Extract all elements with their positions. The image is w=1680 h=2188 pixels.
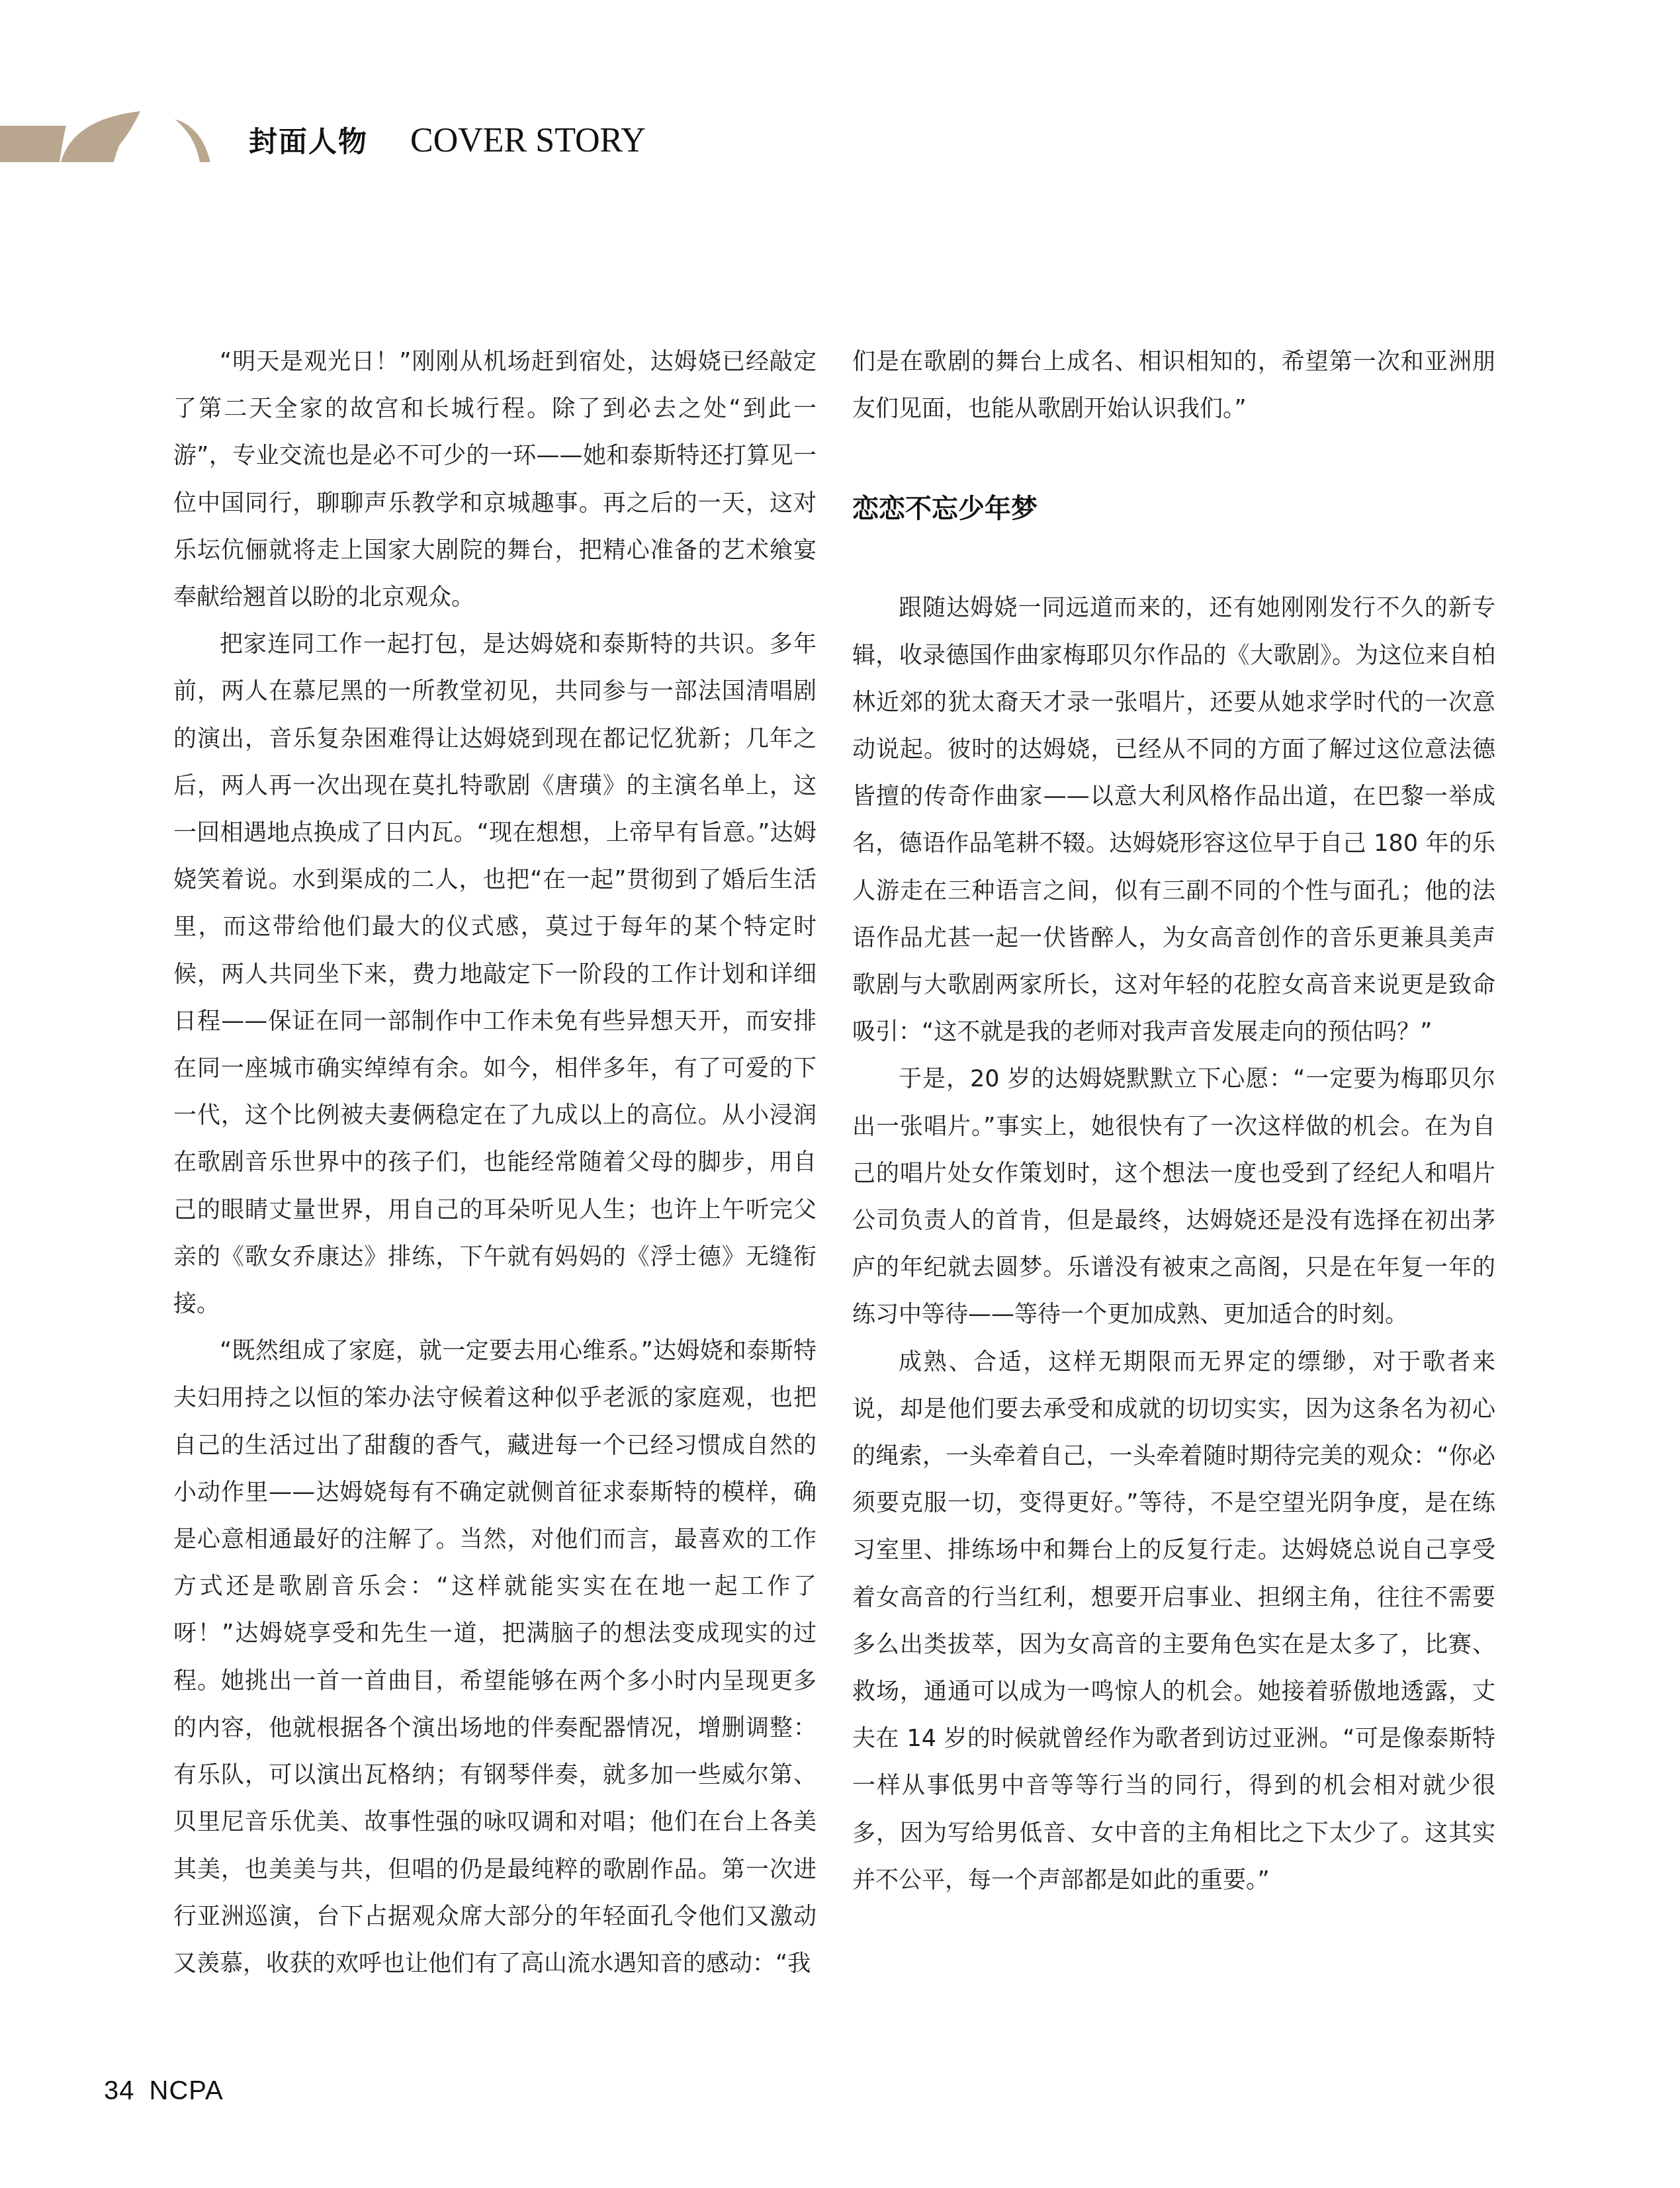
section-subheading: 恋恋不忘少年梦 [852, 492, 1495, 525]
article-column-left: “明天是观光日！”刚刚从机场赶到宿处，达姆娆已经敲定了第二天全家的故宫和长城行程… [173, 339, 817, 1988]
article-paragraph: “既然组成了家庭，就一定要去用心维系。”达姆娆和泰斯特夫妇用持之以恒的笨办法守候… [173, 1328, 817, 1988]
section-title-chinese: 封面人物 [249, 126, 368, 159]
article-paragraph: 成熟、合适，这样无期限而无界定的缥缈，对于歌者来说，却是他们要去承受和成就的切切… [852, 1339, 1495, 1904]
publication-name: NCPA [150, 2076, 224, 2105]
page-number: 34 [104, 2076, 135, 2105]
section-title-english: COVER STORY [410, 122, 646, 159]
article-paragraph: 把家连同工作一起打包，是达姆娆和泰斯特的共识。多年前，两人在慕尼黑的一所教堂初见… [173, 621, 817, 1328]
article-paragraph: 于是，20 岁的达姆娆默默立下心愿：“一定要为梅耶贝尔出一张唱片。”事实上，她很… [852, 1056, 1495, 1338]
page-footer: 34NCPA [104, 2076, 224, 2106]
article-paragraph-continuation: 们是在歌剧的舞台上成名、相识相知的，希望第一次和亚洲朋友们见面，也能从歌剧开始认… [852, 339, 1495, 433]
article-paragraph: “明天是观光日！”刚刚从机场赶到宿处，达姆娆已经敲定了第二天全家的故宫和长城行程… [173, 339, 817, 621]
article-column-right: 们是在歌剧的舞台上成名、相识相知的，希望第一次和亚洲朋友们见面，也能从歌剧开始认… [852, 339, 1495, 1904]
article-paragraph: 跟随达姆娆一同远道而来的，还有她刚刚发行不久的新专辑，收录德国作曲家梅耶贝尔作品… [852, 585, 1495, 1056]
